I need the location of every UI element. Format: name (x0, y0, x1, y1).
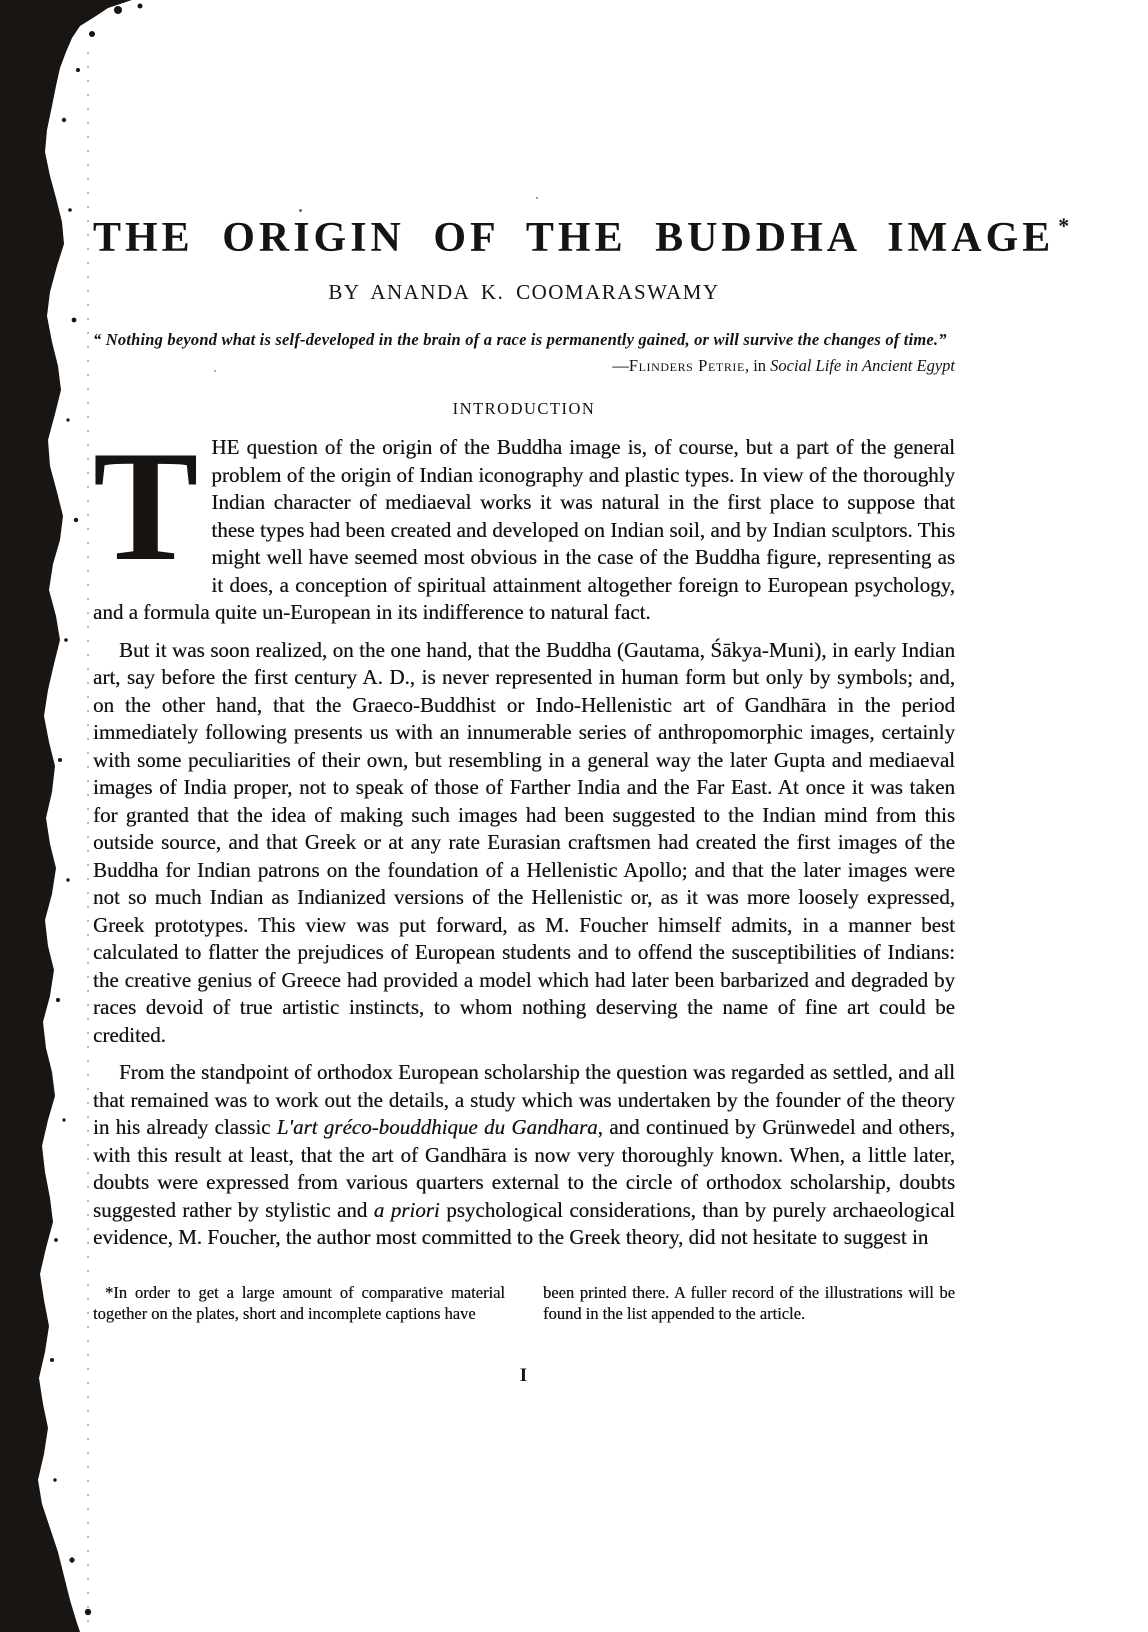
text-segment: HE question of the origin of the Buddha … (93, 435, 955, 624)
attribution-author: Flinders Petrie (629, 356, 745, 375)
title-footnote-asterisk: * (1058, 213, 1069, 238)
attribution-dash: — (612, 356, 629, 375)
footnote-left-column: *In order to get a large amount of compa… (93, 1282, 505, 1325)
attribution-work-title: Social Life in Ancient Egypt (770, 356, 955, 375)
drop-cap: T (93, 441, 198, 573)
page-content: THE ORIGIN OF THE BUDDHA IMAGE* BY ANAND… (93, 0, 955, 1387)
page-number: I (93, 1365, 955, 1387)
text-segment: But it was soon realized, on the one han… (93, 638, 955, 1047)
scanned-page: THE ORIGIN OF THE BUDDHA IMAGE* BY ANAND… (0, 0, 1148, 1632)
paragraph: But it was soon realized, on the one han… (93, 637, 955, 1050)
body-paragraphs: THE question of the origin of the Buddha… (93, 434, 955, 1252)
epigraph-attribution: —Flinders Petrie, in Social Life in Anci… (93, 356, 955, 376)
article-title-text: THE ORIGIN OF THE BUDDHA IMAGE (93, 215, 1054, 261)
attribution-connector: , in (745, 356, 770, 375)
footnote-block: *In order to get a large amount of compa… (93, 1282, 955, 1325)
author-byline: BY ANANDA K. COOMARASWAMY (93, 280, 955, 305)
scan-dotted-line-artifact (87, 52, 89, 1624)
paragraph: THE question of the origin of the Buddha… (93, 434, 955, 627)
epigraph-quote: “ Nothing beyond what is self-developed … (93, 330, 955, 350)
italic-text-segment: a priori (374, 1198, 440, 1222)
footnote-right-column: been printed there. A fuller record of t… (543, 1282, 955, 1325)
paragraph: From the standpoint of orthodox European… (93, 1059, 955, 1252)
section-heading: INTRODUCTION (93, 399, 955, 419)
article-title: THE ORIGIN OF THE BUDDHA IMAGE* (93, 213, 955, 262)
italic-text-segment: L'art gréco-bouddhique du Gandhara (277, 1115, 598, 1139)
